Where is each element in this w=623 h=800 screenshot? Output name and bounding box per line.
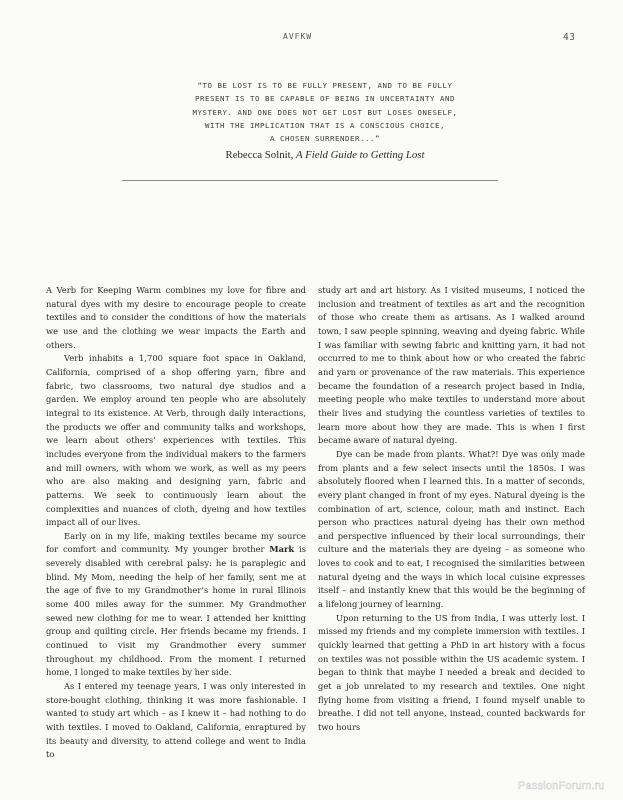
paragraph: Dye can be made from plants. What?! Dye … <box>318 448 585 612</box>
attribution-author: Rebecca Solnit, <box>226 149 296 161</box>
page-number: 43 <box>563 32 575 43</box>
quote-line: “TO BE LOST IS TO BE FULLY PRESENT, AND … <box>150 79 500 92</box>
paragraph: Verb inhabits a 1,700 square foot space … <box>46 352 306 530</box>
bold-name: Mark <box>269 544 294 554</box>
running-title: AVFKW <box>283 32 312 41</box>
quote-line: MYSTERY. AND ONE DOES NOT GET LOST BUT L… <box>150 106 500 119</box>
paragraph: Upon returning to the US from India, I w… <box>318 612 585 735</box>
body-column-right: study art and art history. As I visited … <box>318 284 585 735</box>
epigraph-quote: “TO BE LOST IS TO BE FULLY PRESENT, AND … <box>150 79 500 145</box>
paragraph: A Verb for Keeping Warm combines my love… <box>46 284 306 352</box>
watermark: PassionForum.ru <box>518 780 605 792</box>
paragraph-text: Early on in my life, making textiles bec… <box>46 531 306 555</box>
quote-line: A CHOSEN SURRENDER...” <box>150 132 500 145</box>
section-divider <box>122 180 498 181</box>
body-column-left: A Verb for Keeping Warm combines my love… <box>46 284 306 762</box>
quote-line: WITH THE IMPLICATION THAT IS A CONSCIOUS… <box>150 119 500 132</box>
paragraph-text: is severely disabled with cerebral palsy… <box>46 544 306 677</box>
paragraph: Early on in my life, making textiles bec… <box>46 530 306 680</box>
attribution-source-title: A Field Guide to Getting Lost <box>296 149 424 161</box>
paragraph: study art and art history. As I visited … <box>318 284 585 448</box>
paragraph: As I entered my teenage years, I was onl… <box>46 680 306 762</box>
epigraph-attribution: Rebecca Solnit, A Field Guide to Getting… <box>150 149 500 161</box>
quote-line: PRESENT IS TO BE CAPABLE OF BEING IN UNC… <box>150 92 500 105</box>
